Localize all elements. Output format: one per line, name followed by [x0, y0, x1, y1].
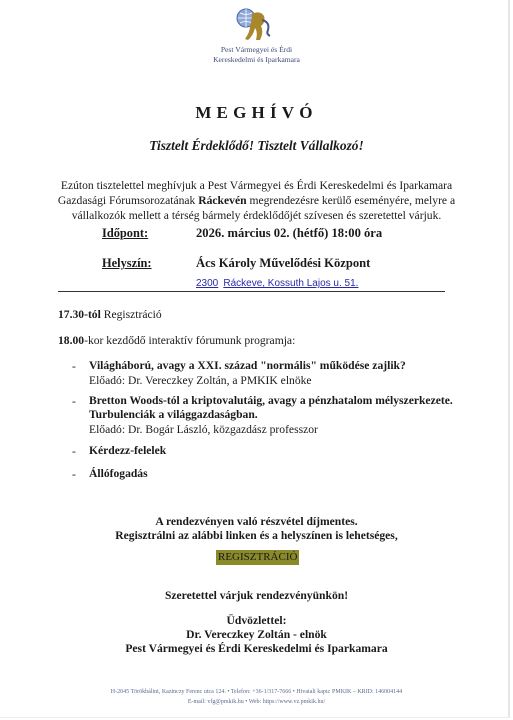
- registration-text: Regisztráció: [101, 308, 162, 321]
- place-value: Ács Károly Művelődési Központ: [196, 256, 370, 271]
- address-street-link[interactable]: Ráckeve, Kossuth Lajos u. 51.: [223, 278, 358, 289]
- address-zip-link[interactable]: 2300: [196, 278, 218, 289]
- intro-place: Ráckevén: [198, 194, 246, 207]
- program-item-1-title: Világháború, avagy a XXI. század "normál…: [89, 359, 406, 373]
- register-button[interactable]: REGISZTRÁCIÓ: [216, 550, 299, 565]
- notice-free: A rendezvényen való részvétel díjmentes.: [0, 515, 513, 528]
- program-item-2-speaker: Előadó: Dr. Bogár László, közgazdász pro…: [89, 423, 318, 436]
- logo-org-line2: Kereskedelmi és Iparkamara: [150, 55, 363, 65]
- place-label: Helyszín:: [102, 256, 152, 271]
- bullet: -: [72, 445, 76, 458]
- page-title: MEGHÍVÓ: [0, 103, 513, 123]
- logo-org-line1: Pest Vármegyei és Érdi: [150, 45, 363, 55]
- program-text: -kor kezdődő interaktív fórumunk program…: [84, 334, 295, 347]
- logo-org-name: Pest Vármegyei és Érdi Kereskedelmi és I…: [150, 45, 363, 65]
- divider: [58, 291, 445, 292]
- registration-line: 17.30-tól Regisztráció: [58, 308, 162, 321]
- bullet: -: [72, 395, 76, 408]
- chamber-lion-globe-icon: [226, 6, 286, 46]
- intro-paragraph: Ezúton tisztelettel meghívjuk a Pest Vár…: [40, 179, 473, 223]
- footer-contact: E-mail: vfg@pmkik.hu • Web: https://www.…: [0, 699, 513, 705]
- program-intro-line: 18.00-kor kezdődő interaktív fórumunk pr…: [58, 334, 295, 347]
- closing-text: Szeretettel várjuk rendezvényünkön!: [0, 589, 513, 602]
- invitation-page: Pest Vármegyei és Érdi Kereskedelmi és I…: [0, 0, 510, 718]
- registration-time: 17.30-tól: [58, 308, 101, 321]
- address: 2300 Ráckeve, Kossuth Lajos u. 51.: [196, 271, 358, 290]
- program-item-2-title-line2: Turbulenciák a világgazdaságban.: [89, 408, 258, 422]
- bullet: -: [72, 468, 76, 481]
- notice-register: Regisztrálni az alábbi linken és a helys…: [0, 529, 513, 542]
- program-item-4-title: Állófogadás: [89, 467, 148, 481]
- program-item-3-title: Kérdezz-felelek: [89, 444, 166, 458]
- program-time: 18.00: [58, 334, 84, 347]
- footer-address: H-2045 Törökbálint, Kazinczy Ferenc utca…: [0, 689, 513, 695]
- greeting: Tisztelt Érdeklődő! Tisztelt Vállalkozó!: [0, 138, 513, 154]
- program-item-2-title-line1: Bretton Woods-tól a kriptovalutáig, avag…: [89, 394, 453, 408]
- signature-name: Dr. Vereczkey Zoltán - elnök: [0, 628, 513, 641]
- signature-salutation: Üdvözlettel:: [0, 614, 513, 627]
- time-value: 2026. március 02. (hétfő) 18:00 óra: [196, 226, 382, 241]
- bullet: -: [72, 360, 76, 373]
- time-label: Időpont:: [102, 226, 148, 241]
- signature-org: Pest Vármegyei és Érdi Kereskedelmi és I…: [0, 642, 513, 655]
- program-item-1-speaker: Előadó: Dr. Vereczkey Zoltán, a PMKIK el…: [89, 374, 312, 387]
